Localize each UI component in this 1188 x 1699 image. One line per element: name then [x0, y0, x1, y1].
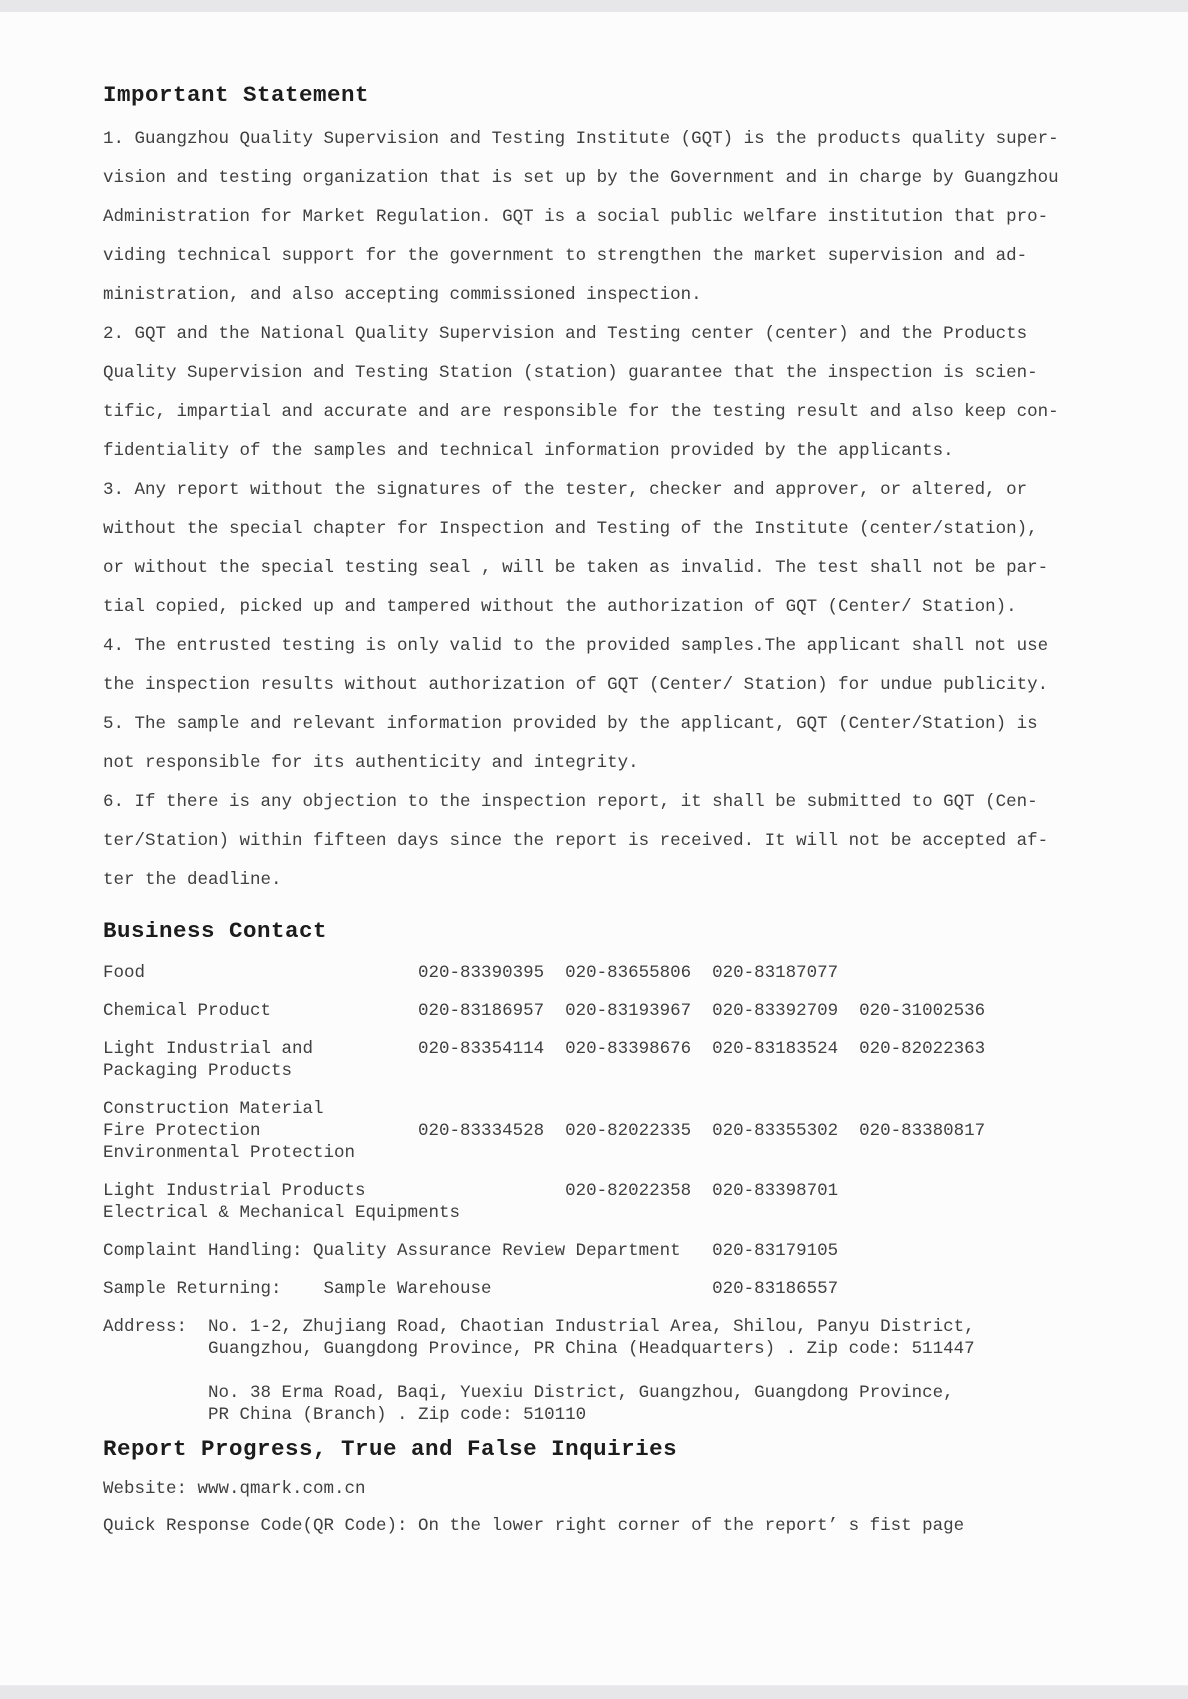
report-inquiries-title: Report Progress, True and False Inquirie… [103, 1434, 1118, 1464]
statement-section: Important Statement 1. Guangzhou Quality… [103, 80, 1118, 900]
statement-paragraph-5: 5. The sample and relevant information p… [103, 705, 1118, 783]
statement-paragraph-2: 2. GQT and the National Quality Supervis… [103, 315, 1118, 471]
page-content: Important Statement 1. Guangzhou Quality… [0, 0, 1188, 1537]
contact-table: Food 020-83390395 020-83655806 020-83187… [103, 962, 1118, 1300]
address-block: Address: No. 1-2, Zhujiang Road, Chaotia… [103, 1316, 1118, 1426]
contact-row-light-industrial-electrical: Light Industrial Products 020-82022358 0… [103, 1180, 1118, 1224]
contact-row-complaint-handling: Complaint Handling: Quality Assurance Re… [103, 1240, 1118, 1262]
business-contact-title: Business Contact [103, 916, 1118, 946]
statement-paragraph-4: 4. The entrusted testing is only valid t… [103, 627, 1118, 705]
business-contact-section: Business Contact Food 020-83390395 020-8… [103, 916, 1118, 1426]
statement-paragraph-3: 3. Any report without the signatures of … [103, 471, 1118, 627]
contact-row-light-industrial-packaging: Light Industrial and 020-83354114 020-83… [103, 1038, 1118, 1082]
document-page: Important Statement 1. Guangzhou Quality… [0, 0, 1188, 1699]
website-line: Website: www.qmark.com.cn [103, 1478, 1118, 1500]
report-inquiries-section: Report Progress, True and False Inquirie… [103, 1434, 1118, 1537]
statement-paragraph-6: 6. If there is any objection to the insp… [103, 783, 1118, 900]
statement-title: Important Statement [103, 80, 1118, 110]
contact-row-chemical-product: Chemical Product 020-83186957 020-831939… [103, 1000, 1118, 1022]
contact-row-sample-returning: Sample Returning: Sample Warehouse 020-8… [103, 1278, 1118, 1300]
scan-edge-bottom [0, 1685, 1188, 1699]
contact-row-construction-fire-environmental: Construction Material Fire Protection 02… [103, 1098, 1118, 1164]
qr-code-note-line: Quick Response Code(QR Code): On the low… [103, 1515, 1118, 1537]
contact-row-food: Food 020-83390395 020-83655806 020-83187… [103, 962, 1118, 984]
statement-paragraph-1: 1. Guangzhou Quality Supervision and Tes… [103, 120, 1118, 315]
